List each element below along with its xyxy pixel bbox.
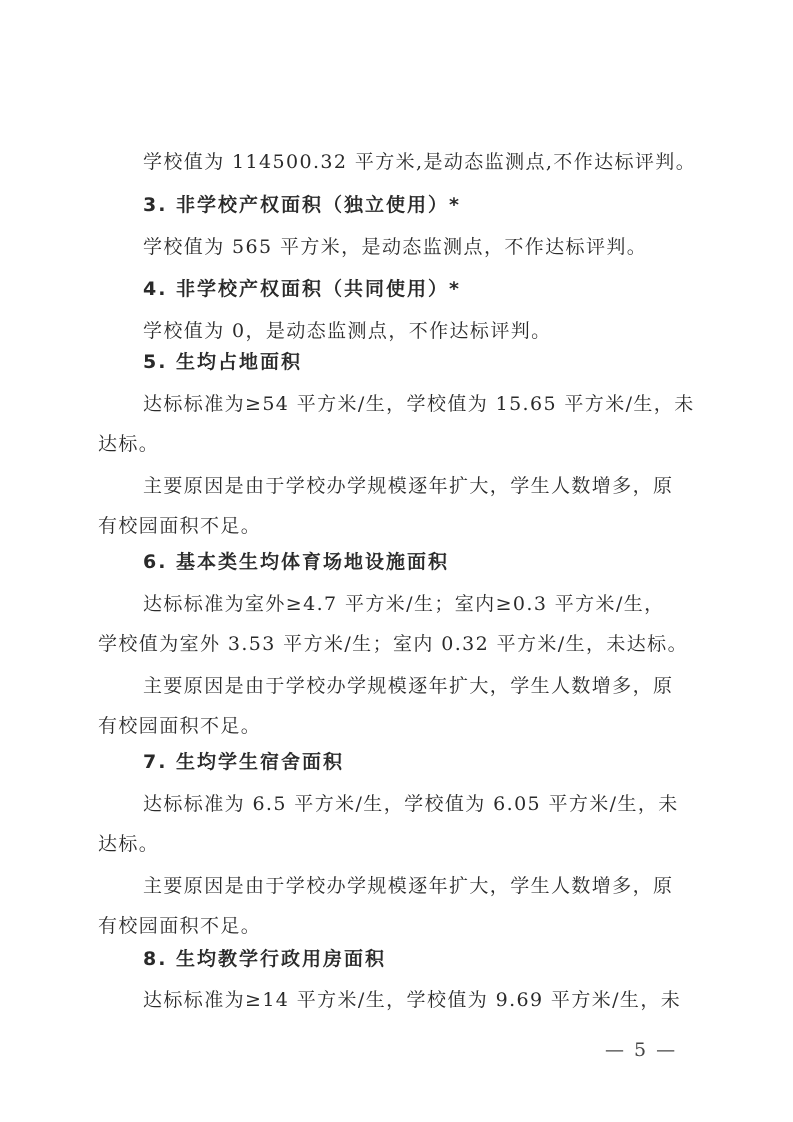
section-heading-3: 3. 非学校产权面积（独立使用）*: [143, 193, 743, 217]
page-number: — 5 —: [605, 1038, 677, 1062]
paragraph-line: 学校值为 565 平方米，是动态监测点，不作达标评判。: [143, 235, 743, 259]
paragraph-line: 达标标准为 6.5 平方米/生，学校值为 6.05 平方米/生，未: [143, 792, 743, 816]
section-heading-8: 8. 生均教学行政用房面积: [143, 947, 743, 971]
paragraph-line: 学校值为 114500.32 平方米,是动态监测点,不作达标评判。: [143, 150, 743, 174]
paragraph-line: 主要原因是由于学校办学规模逐年扩大，学生人数增多，原: [143, 474, 743, 498]
document-page: 学校值为 114500.32 平方米,是动态监测点,不作达标评判。 3. 非学校…: [0, 0, 793, 1122]
paragraph-line: 学校值为 0，是动态监测点，不作达标评判。: [143, 319, 743, 343]
paragraph-continuation: 学校值为室外 3.53 平方米/生；室内 0.32 平方米/生，未达标。: [98, 632, 698, 656]
section-heading-7: 7. 生均学生宿舍面积: [143, 750, 743, 774]
paragraph-continuation: 有校园面积不足。: [98, 514, 698, 538]
paragraph-line: 主要原因是由于学校办学规模逐年扩大，学生人数增多，原: [143, 674, 743, 698]
paragraph-line: 达标标准为≥54 平方米/生，学校值为 15.65 平方米/生，未: [143, 392, 743, 416]
section-heading-6: 6. 基本类生均体育场地设施面积: [143, 550, 743, 574]
paragraph-continuation: 达标。: [98, 832, 698, 856]
paragraph-line: 达标标准为室外≥4.7 平方米/生；室内≥0.3 平方米/生，: [143, 592, 743, 616]
paragraph-continuation: 有校园面积不足。: [98, 914, 698, 938]
paragraph-line: 达标标准为≥14 平方米/生，学校值为 9.69 平方米/生，未: [143, 988, 743, 1012]
paragraph-continuation: 达标。: [98, 432, 698, 456]
paragraph-continuation: 有校园面积不足。: [98, 714, 698, 738]
paragraph-line: 主要原因是由于学校办学规模逐年扩大，学生人数增多，原: [143, 874, 743, 898]
section-heading-5: 5. 生均占地面积: [143, 350, 743, 374]
section-heading-4: 4. 非学校产权面积（共同使用）*: [143, 277, 743, 301]
